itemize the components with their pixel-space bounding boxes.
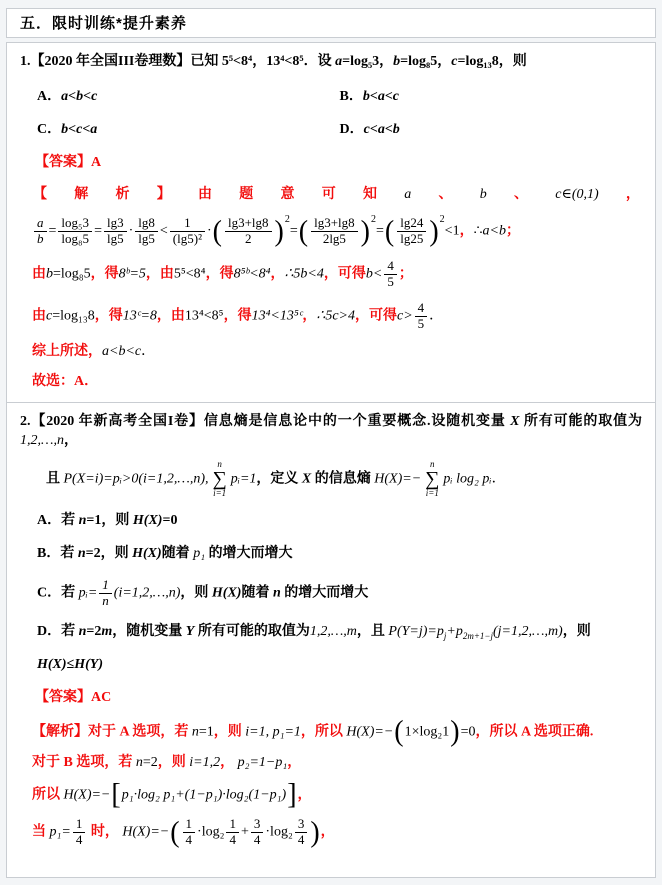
fraction-numerator: 1 — [226, 817, 239, 832]
fraction-denominator: 2lg5 — [311, 231, 358, 247]
text-run: =log₈5 — [53, 267, 91, 282]
fraction-numerator: lg3+lg8 — [311, 216, 358, 231]
text-run: ，随机变量 — [112, 624, 186, 639]
big-delimiter: ) — [429, 220, 438, 244]
text-run: 13⁴<8⁵ — [185, 309, 224, 324]
text-run: ； — [399, 267, 413, 282]
fraction-numerator: 1 — [99, 578, 112, 593]
text-run: A． — [37, 89, 61, 104]
problem-1-stem: 1.【2020 年全国III卷理数】已知 5⁵<8⁴，13⁴<8⁵．设 a=lo… — [20, 53, 642, 72]
text-run: ， — [287, 755, 301, 770]
text-run: 可得 — [338, 267, 366, 282]
text-run: 1×log₂1 — [405, 724, 450, 739]
text-run: ，则 — [158, 755, 190, 770]
text-run: =0 — [162, 513, 177, 528]
text-run: 2.【2020 年新高考全国I卷】信息熵是信息论中的一个重要概念.设随机变量 — [20, 414, 510, 429]
exponent: 2 — [440, 214, 445, 225]
big-delimiter: ) — [310, 821, 319, 845]
text-run: 13ᶜ=8 — [123, 309, 157, 324]
text-run: 【解析】对于 A 选项，若 — [32, 724, 192, 739]
fraction: lg8lg5 — [135, 216, 158, 247]
text-run: + — [241, 825, 249, 840]
text-run: =log₁₃8，则 — [457, 54, 526, 69]
fraction-denominator: (lg5)² — [170, 231, 205, 247]
text-run: 8⁵ᵇ<8⁴ — [234, 267, 271, 282]
fraction-denominator: b — [34, 231, 47, 247]
text-run: 所有可能的取值为 — [194, 624, 310, 639]
fraction-denominator: 5 — [384, 274, 397, 290]
fraction-numerator: 4 — [384, 259, 397, 274]
fraction-denominator: 4 — [251, 832, 264, 848]
text-run: b — [46, 267, 53, 282]
text-run: =log₈5， — [400, 54, 451, 69]
text-run: X — [510, 414, 519, 429]
option-cell: C．b<c<a — [37, 121, 340, 140]
text-run: 解 — [74, 186, 88, 205]
text-run: 【答案】AC — [35, 690, 111, 705]
text-run: ，则 — [563, 624, 591, 639]
text-run: X — [302, 471, 311, 486]
big-delimiter: ] — [287, 784, 296, 808]
problem-2: 2.【2020 年新高考全国I卷】信息熵是信息论中的一个重要概念.设随机变量 X… — [7, 402, 655, 858]
text-run: 由 — [32, 267, 46, 282]
fraction-denominator: lg5 — [104, 231, 127, 247]
text-run: ， — [298, 788, 312, 803]
fraction: 45 — [384, 259, 397, 290]
fraction: 1(lg5)² — [170, 216, 205, 247]
fraction: lg3+lg82 — [225, 216, 272, 247]
text-run: · — [129, 224, 134, 239]
text-run: p₂=1−p₁ — [238, 755, 288, 770]
text-run: 1,2,…,n — [20, 433, 64, 448]
fraction-denominator: 4 — [295, 832, 308, 848]
text-run: C． — [37, 122, 61, 137]
text-run: =1，则 — [86, 513, 132, 528]
option-b: B．若 n=2，则 H(X)随着 p₁ 的增大而增大 — [20, 545, 642, 564]
analysis-line-b3: 当 p₁=14 时， H(X)=−(14·log₂14+34·log₂34)， — [20, 817, 642, 848]
text-run: 1.【2020 年全国III卷理数】已知 5⁵<8⁴，13⁴<8⁵．设 — [20, 54, 335, 69]
text-run: c> — [397, 309, 413, 324]
exponent: 2 — [285, 214, 290, 225]
analysis-header-line: 【解析】由题意可知a、b、c∈(0,1)， — [20, 186, 642, 205]
text-run: 得 — [105, 267, 119, 282]
text-run: (j=1,2,…,m) — [493, 624, 563, 639]
text-run: = — [290, 224, 298, 239]
answer-line: 【答案】AC — [20, 689, 642, 708]
text-run: 所以 — [32, 788, 64, 803]
big-delimiter: [ — [111, 784, 120, 808]
option-d: D．若 n=2m，随机变量 Y 所有可能的取值为1,2,…,m，且 P(Y=j)… — [20, 623, 642, 642]
text-run: P(Y=j)=p — [388, 624, 443, 639]
text-run: 由 — [32, 309, 46, 324]
fraction-numerator: 1 — [170, 216, 205, 231]
text-run: H(X) — [132, 546, 162, 561]
big-delimiter: ( — [170, 821, 179, 845]
text-run: =0 — [461, 724, 476, 739]
text-run: ，定义 — [256, 471, 302, 486]
fraction-denominator: lg5 — [135, 231, 158, 247]
fraction-numerator: lg8 — [135, 216, 158, 231]
fraction: 1n — [99, 578, 112, 609]
text-run: H(X)=− — [64, 788, 111, 803]
text-run: =2 — [143, 755, 158, 770]
text-run: 由 — [160, 267, 174, 282]
fraction: log₅3log₈5 — [58, 216, 92, 247]
text-run: +p — [446, 624, 462, 639]
text-run: ，所以 A 选项正确. — [476, 724, 594, 739]
sum-lower-limit: i=1 — [426, 489, 439, 499]
text-run: ， — [91, 267, 105, 282]
text-run: 对于 B 选项，若 — [32, 755, 136, 770]
text-run: ， — [146, 267, 160, 282]
fraction-numerator: lg3+lg8 — [225, 216, 272, 231]
fraction-denominator: n — [99, 593, 112, 609]
problem-2-stem: 2.【2020 年新高考全国I卷】信息熵是信息论中的一个重要概念.设随机变量 X… — [20, 413, 642, 451]
text-run: ， — [626, 186, 640, 205]
text-run: 析 — [116, 186, 130, 205]
text-run: B．若 — [37, 546, 78, 561]
option-cell: A．a<b<c — [37, 88, 340, 107]
fraction: ab — [34, 216, 47, 247]
option-c: C．若 pᵢ=1n(i=1,2,…,n)，则 H(X)随着 n 的增大而增大 — [20, 578, 642, 609]
choice-line: 故选：A． — [20, 373, 642, 392]
option-a: A．若 n=1，则 H(X)=0 — [20, 512, 642, 531]
text-run: ·log₂ — [265, 825, 292, 840]
text-run: · — [207, 224, 212, 239]
text-run: ， — [220, 755, 238, 770]
fraction-denominator: 4 — [226, 832, 239, 848]
text-run: ·log₂ — [197, 825, 224, 840]
analysis-line-a: 【解析】对于 A 选项，若 n=1，则 i=1, p₁=1，所以 H(X)=−(… — [20, 721, 642, 743]
text-run: 所有可能的取值为 — [520, 414, 643, 429]
text-run: 由 — [198, 186, 212, 205]
text-run: a<b — [483, 224, 506, 239]
text-run: =log₁₃8 — [52, 309, 95, 324]
sigma-sum-symbol: n∑i=1 — [425, 460, 439, 499]
text-run: 综上所述， — [32, 344, 102, 359]
fraction: 45 — [415, 301, 428, 332]
fraction-numerator: log₅3 — [58, 216, 92, 231]
fraction-denominator: 4 — [183, 832, 196, 848]
text-run: =2，则 — [86, 546, 132, 561]
problem-2-stem-formula: 且 P(X=i)=pᵢ>0(i=1,2,…,n),n∑i=1pᵢ=1，定义 X … — [20, 460, 642, 499]
text-run: 得 — [220, 267, 234, 282]
fraction: 34 — [295, 817, 308, 848]
text-run: (i=1,2,…,n) — [114, 586, 181, 601]
fraction-numerator: 1 — [73, 817, 86, 832]
fraction-denominator: 4 — [73, 832, 86, 848]
text-run: a<b<c — [61, 89, 97, 104]
fraction: 14 — [73, 817, 86, 848]
derivation-line-c: 由c=log₁₃8，得13ᶜ=8，由13⁴<8⁵，得13⁴<13⁵ᶜ，∴5c>4… — [20, 301, 642, 332]
text-run: = — [376, 224, 384, 239]
text-run: H(X)=− — [122, 825, 169, 840]
text-run: a<b<c — [102, 344, 141, 359]
big-delimiter: ) — [450, 720, 459, 744]
text-run: i=1,2 — [189, 755, 220, 770]
text-run: pᵢ log₂ pᵢ — [443, 471, 491, 486]
text-run: p₁ — [193, 546, 205, 561]
text-run: 的信息熵 — [311, 471, 374, 486]
fraction-numerator: a — [34, 216, 47, 231]
text-run: =1 — [199, 724, 214, 739]
text-run: 5⁵<8⁴ — [174, 267, 206, 282]
option-cell: B．b<a<c — [340, 88, 643, 107]
fraction-denominator: lg25 — [397, 231, 426, 247]
text-run: m — [101, 624, 112, 639]
fraction-denominator: 2 — [225, 231, 272, 247]
text-run: 当 — [32, 825, 50, 840]
text-run: 故选：A． — [32, 374, 98, 389]
option-cell: D．c<a<b — [340, 121, 643, 140]
text-run: 随着 — [162, 546, 194, 561]
big-delimiter: ( — [394, 720, 403, 744]
text-run: = — [49, 224, 57, 239]
options-row-ab: A．a<b<cB．b<a<c — [20, 88, 642, 107]
text-run: pᵢ= — [79, 586, 98, 601]
sum-lower-limit: i=1 — [213, 489, 226, 499]
text-run: 的增大而增大 — [281, 586, 369, 601]
text-run: ， — [224, 309, 238, 324]
text-run: ， — [460, 224, 474, 239]
fraction-numerator: 3 — [251, 817, 264, 832]
text-run: ∴ — [474, 224, 483, 239]
fraction-numerator: 1 — [183, 817, 196, 832]
answer-line: 【答案】A — [20, 154, 642, 173]
text-run: =log₅3， — [342, 54, 393, 69]
big-delimiter: ) — [275, 220, 284, 244]
fraction-denominator: log₈5 — [58, 231, 92, 247]
fraction: lg3+lg82lg5 — [311, 216, 358, 247]
text-run: 、 — [514, 186, 528, 205]
text-run: ， — [355, 309, 369, 324]
option-d-continuation: H(X)≤H(Y) — [20, 656, 642, 675]
text-run: B． — [340, 89, 363, 104]
text-run: 知 — [363, 186, 377, 205]
big-delimiter: ( — [299, 220, 308, 244]
big-delimiter: ) — [361, 220, 370, 244]
text-run: ， — [157, 309, 171, 324]
fraction: 34 — [251, 817, 264, 848]
section-heading-text: 五．限时训练*提升素养 — [20, 15, 187, 32]
text-run: 时， — [87, 825, 122, 840]
text-run: ，则 — [180, 586, 212, 601]
fraction-numerator: lg3 — [104, 216, 127, 231]
text-run: i=1, p₁=1 — [245, 724, 301, 739]
fraction-numerator: lg24 — [397, 216, 426, 231]
text-run: H(X) — [212, 586, 242, 601]
text-run: H(X)=− — [346, 724, 393, 739]
text-run: p₁= — [50, 825, 71, 840]
text-run: 得 — [109, 309, 123, 324]
text-run: H(X)=− — [374, 471, 421, 486]
text-run: < — [160, 224, 168, 239]
text-run: ，所以 — [301, 724, 347, 739]
text-run: pᵢ=1 — [231, 471, 257, 486]
sigma-sum-symbol: n∑i=1 — [212, 460, 226, 499]
text-run: 由 — [171, 309, 185, 324]
text-run: 8ᵇ=5 — [119, 267, 146, 282]
text-run: n — [136, 755, 143, 770]
fraction: lg24lg25 — [397, 216, 426, 247]
text-run: ． — [141, 344, 155, 359]
text-run: n — [192, 724, 199, 739]
exponent: 2 — [371, 214, 376, 225]
subscript: 2m+1−j — [463, 631, 493, 641]
text-run: c∈(0,1) — [555, 186, 598, 205]
text-run: H(X) — [133, 513, 163, 528]
text-run: 13⁴<13⁵ᶜ — [252, 309, 303, 324]
text-run: ， — [302, 309, 316, 324]
text-run: 【 — [33, 186, 47, 205]
problems-container: 1.【2020 年全国III卷理数】已知 5⁵<8⁴，13⁴<8⁵．设 a=lo… — [6, 42, 656, 878]
problem-1: 1.【2020 年全国III卷理数】已知 5⁵<8⁴，13⁴<8⁵．设 a=lo… — [7, 43, 655, 402]
fraction: 14 — [183, 817, 196, 848]
text-run: ∴5c>4 — [316, 309, 355, 324]
fraction: lg3lg5 — [104, 216, 127, 247]
text-run: 意 — [281, 186, 295, 205]
text-run: ， — [324, 267, 338, 282]
text-run: A．若 — [37, 513, 79, 528]
text-run: n — [78, 546, 86, 561]
text-run: 】 — [157, 186, 171, 205]
text-run: b — [480, 186, 487, 205]
text-run: 1,2,…,m — [310, 624, 357, 639]
text-run: P(X=i)=pᵢ>0(i=1,2,…,n), — [64, 471, 209, 486]
text-run: 可得 — [369, 309, 397, 324]
text-run: ，且 — [357, 624, 389, 639]
text-run: D． — [340, 122, 364, 137]
fraction-numerator: 3 — [295, 817, 308, 832]
text-run: ； — [506, 224, 520, 239]
text-run: b<c<a — [61, 122, 97, 137]
fraction-numerator: 4 — [415, 301, 428, 316]
fraction: 14 — [226, 817, 239, 848]
text-run: = — [94, 224, 102, 239]
text-run: 、 — [439, 186, 453, 205]
text-run: ， — [206, 267, 220, 282]
sigma-glyph: ∑ — [425, 470, 439, 489]
document-page: 五．限时训练*提升素养 1.【2020 年全国III卷理数】已知 5⁵<8⁴，1… — [0, 8, 662, 885]
text-run: H(X)≤H(Y) — [37, 657, 103, 672]
text-run: 且 — [46, 471, 64, 486]
text-run: ． — [492, 471, 506, 486]
text-run: <1 — [445, 224, 460, 239]
text-run: 【答案】A — [35, 155, 101, 170]
text-run: n — [273, 586, 281, 601]
text-run: 得 — [238, 309, 252, 324]
text-run: 可 — [322, 186, 336, 205]
section-heading: 五．限时训练*提升素养 — [6, 8, 656, 38]
text-run: p₁·log₂ p₁+(1−p₁)·log₂(1−p₁) — [122, 788, 286, 803]
analysis-line-b1: 对于 B 选项，若 n=2，则 i=1,2， p₂=1−p₁， — [20, 754, 642, 773]
big-delimiter: ( — [213, 220, 222, 244]
text-run: 题 — [239, 186, 253, 205]
sigma-glyph: ∑ — [212, 470, 226, 489]
text-run: 随着 — [241, 586, 273, 601]
analysis-line-b2: 所以 H(X)=−[p₁·log₂ p₁+(1−p₁)·log₂(1−p₁)]， — [20, 784, 642, 806]
text-run: ， — [271, 267, 285, 282]
big-delimiter: ( — [385, 220, 394, 244]
text-run: ∴5b<4 — [285, 267, 324, 282]
text-run: =2 — [86, 624, 101, 639]
text-run: c<a<b — [364, 122, 400, 137]
text-run: ， — [321, 825, 335, 840]
text-run: 的增大而增大 — [205, 546, 293, 561]
conclusion-line: 综上所述，a<b<c． — [20, 343, 642, 362]
text-run: ． — [429, 309, 443, 324]
text-run: b< — [366, 267, 382, 282]
fraction-denominator: 5 — [415, 316, 428, 332]
text-run: a — [404, 186, 411, 205]
text-run: ， — [64, 433, 78, 448]
text-run: ， — [95, 309, 109, 324]
options-row-cd: C．b<c<aD．c<a<b — [20, 121, 642, 140]
text-run: D．若 — [37, 624, 79, 639]
text-run: C．若 — [37, 586, 79, 601]
derivation-line-b: 由b=log₈5，得8ᵇ=5，由5⁵<8⁴，得8⁵ᵇ<8⁴，∴5b<4，可得b<… — [20, 259, 642, 290]
derivation-line-ab: ab=log₅3log₈5=lg3lg5·lg8lg5<1(lg5)²·(lg3… — [20, 216, 642, 247]
text-run: b<a<c — [363, 89, 399, 104]
text-run: ，则 — [214, 724, 246, 739]
